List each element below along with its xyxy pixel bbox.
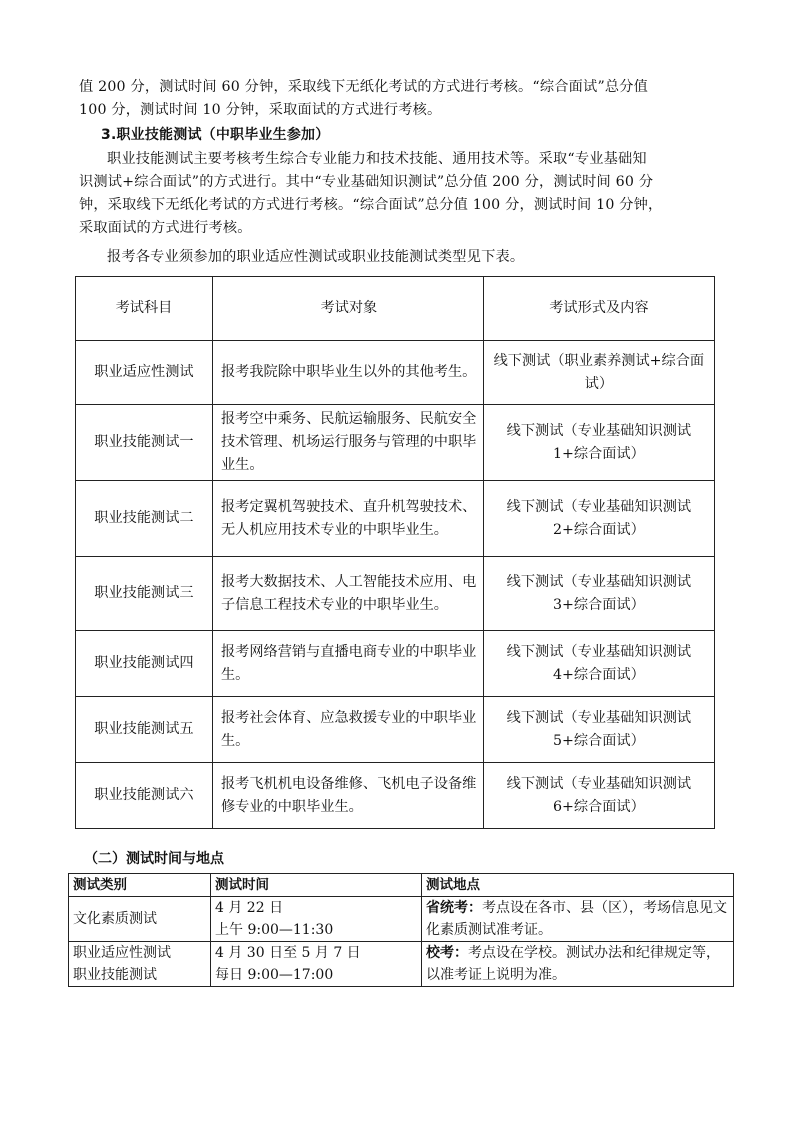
- section3-paragraph: 职业技能测试主要考核考生综合专业能力和技术技能、通用技术等。采取“专业基础知 识…: [79, 148, 715, 240]
- subject-cell: 职业适应性测试: [76, 341, 213, 405]
- schedule-table: 测试类别 测试时间 测试地点 文化素质测试 4 月 22 日 上午 9:00—1…: [68, 873, 734, 987]
- category-cell: 职业适应性测试 职业技能测试: [69, 942, 211, 987]
- subject-cell: 职业技能测试二: [76, 481, 213, 557]
- paragraph-line: 钟，采取线下无纸化考试的方式进行考核。“综合面试”总分值 100 分，测试时间 …: [79, 194, 715, 217]
- exam-type-table: 考试科目 考试对象 考试形式及内容 职业适应性测试 报考我院除中职毕业生以外的其…: [75, 276, 715, 829]
- target-cell: 报考社会体育、应急救援专业的中职毕业生。: [212, 697, 483, 763]
- form-cell: 线下测试（职业素养测试+综合面试）: [483, 341, 714, 405]
- header-cell: 测试地点: [422, 874, 734, 897]
- subject-cell: 职业技能测试一: [76, 405, 213, 481]
- paragraph-line: 识测试+综合面试”的方式进行。其中“专业基础知识测试”总分值 200 分，测试时…: [79, 171, 715, 194]
- form-cell: 线下测试（专业基础知识测试 4+综合面试）: [483, 631, 714, 697]
- section3-heading: 3.职业技能测试（中职毕业生参加）: [101, 124, 737, 147]
- category-cell: 文化素质测试: [69, 897, 211, 942]
- table-row: 文化素质测试 4 月 22 日 上午 9:00—11:30 省统考：考点设在各市…: [69, 897, 734, 942]
- category-line: 文化素质测试: [73, 908, 206, 930]
- target-cell: 报考定翼机驾驶技术、直升机驾驶技术、无人机应用技术专业的中职毕业生。: [212, 481, 483, 557]
- table-intro: 报考各专业须参加的职业适应性测试或职业技能测试类型见下表。: [107, 246, 743, 269]
- header-cell: 测试时间: [211, 874, 422, 897]
- table-row: 职业技能测试三 报考大数据技术、人工智能技术应用、电子信息工程技术专业的中职毕业…: [76, 557, 715, 631]
- header-cell: 考试科目: [76, 277, 213, 341]
- table-header-row: 测试类别 测试时间 测试地点: [69, 874, 734, 897]
- place-text: 考点设在学校。测试办法和纪律规定等，以准考证上说明为准。: [426, 945, 720, 983]
- place-cell: 省统考：考点设在各市、县（区），考场信息见文化素质测试准考证。: [422, 897, 734, 942]
- form-cell: 线下测试（专业基础知识测试 1+综合面试）: [483, 405, 714, 481]
- time-cell: 4 月 22 日 上午 9:00—11:30: [211, 897, 422, 942]
- target-cell: 报考网络营销与直播电商专业的中职毕业生。: [212, 631, 483, 697]
- target-cell: 报考大数据技术、人工智能技术应用、电子信息工程技术专业的中职毕业生。: [212, 557, 483, 631]
- paragraph-line: 采取面试的方式进行考核。: [79, 217, 715, 240]
- time-line: 上午 9:00—11:30: [215, 919, 417, 941]
- category-line: 职业适应性测试: [73, 942, 206, 964]
- category-line: 职业技能测试: [73, 964, 206, 986]
- place-cell: 校考：考点设在学校。测试办法和纪律规定等，以准考证上说明为准。: [422, 942, 734, 987]
- form-cell: 线下测试（专业基础知识测试 5+综合面试）: [483, 697, 714, 763]
- table-row: 职业技能测试五 报考社会体育、应急救援专业的中职毕业生。 线下测试（专业基础知识…: [76, 697, 715, 763]
- subject-cell: 职业技能测试六: [76, 763, 213, 829]
- table-row: 职业技能测试一 报考空中乘务、民航运输服务、民航安全技术管理、机场运行服务与管理…: [76, 405, 715, 481]
- table-row: 职业适应性测试 职业技能测试 4 月 30 日至 5 月 7 日 每日 9:00…: [69, 942, 734, 987]
- target-cell: 报考空中乘务、民航运输服务、民航安全技术管理、机场运行服务与管理的中职毕业生。: [212, 405, 483, 481]
- paragraph-line: 职业技能测试主要考核考生综合专业能力和技术技能、通用技术等。采取“专业基础知: [79, 148, 715, 171]
- form-cell: 线下测试（专业基础知识测试 3+综合面试）: [483, 557, 714, 631]
- table-row: 职业技能测试四 报考网络营销与直播电商专业的中职毕业生。 线下测试（专业基础知识…: [76, 631, 715, 697]
- intro-line: 值 200 分，测试时间 60 分钟，采取线下无纸化考试的方式进行考核。“综合面…: [79, 76, 715, 99]
- table-header-row: 考试科目 考试对象 考试形式及内容: [76, 277, 715, 341]
- table-row: 职业技能测试二 报考定翼机驾驶技术、直升机驾驶技术、无人机应用技术专业的中职毕业…: [76, 481, 715, 557]
- subject-cell: 职业技能测试四: [76, 631, 213, 697]
- target-cell: 报考飞机机电设备维修、飞机电子设备维修专业的中职毕业生。: [212, 763, 483, 829]
- time-line: 每日 9:00—17:00: [215, 964, 417, 986]
- table-row: 职业技能测试六 报考飞机机电设备维修、飞机电子设备维修专业的中职毕业生。 线下测…: [76, 763, 715, 829]
- place-label: 省统考：: [426, 900, 482, 916]
- subject-cell: 职业技能测试五: [76, 697, 213, 763]
- target-cell: 报考我院除中职毕业生以外的其他考生。: [212, 341, 483, 405]
- form-cell: 线下测试（专业基础知识测试 6+综合面试）: [483, 763, 714, 829]
- time-cell: 4 月 30 日至 5 月 7 日 每日 9:00—17:00: [211, 942, 422, 987]
- section2-heading: （二）测试时间与地点: [84, 848, 224, 868]
- place-label: 校考：: [426, 945, 468, 961]
- time-line: 4 月 30 日至 5 月 7 日: [215, 942, 417, 964]
- header-cell: 测试类别: [69, 874, 211, 897]
- table-row: 职业适应性测试 报考我院除中职毕业生以外的其他考生。 线下测试（职业素养测试+综…: [76, 341, 715, 405]
- subject-cell: 职业技能测试三: [76, 557, 213, 631]
- intro-paragraph: 值 200 分，测试时间 60 分钟，采取线下无纸化考试的方式进行考核。“综合面…: [79, 76, 715, 122]
- form-cell: 线下测试（专业基础知识测试 2+综合面试）: [483, 481, 714, 557]
- time-line: 4 月 22 日: [215, 897, 417, 919]
- intro-line: 100 分，测试时间 10 分钟，采取面试的方式进行考核。: [79, 99, 715, 122]
- header-cell: 考试对象: [212, 277, 483, 341]
- header-cell: 考试形式及内容: [483, 277, 714, 341]
